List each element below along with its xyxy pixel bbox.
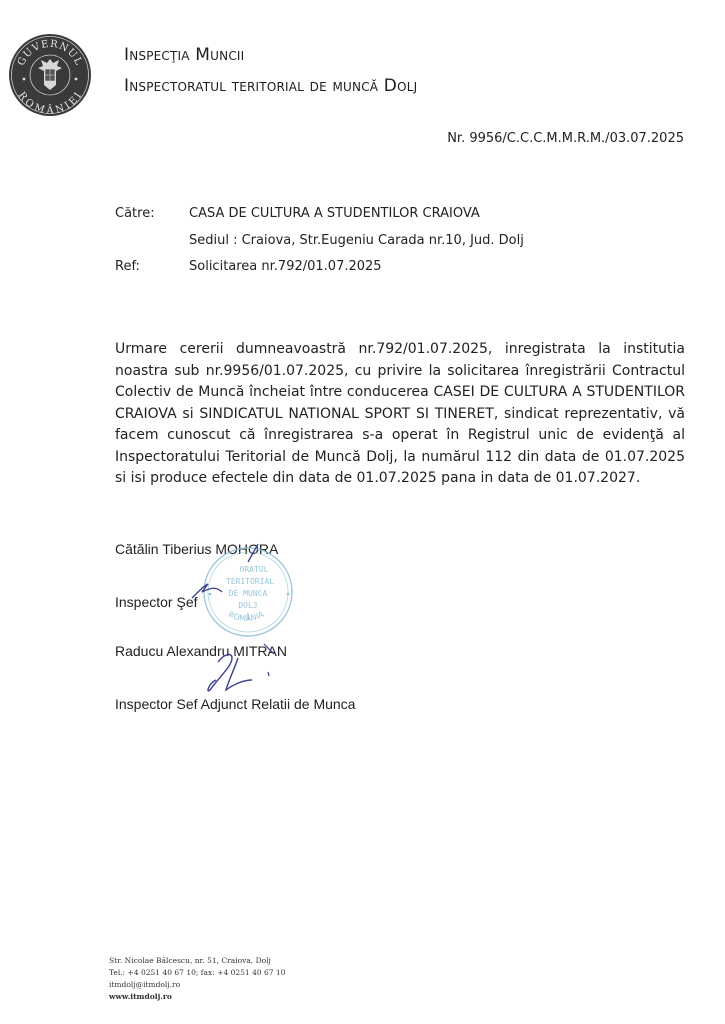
- to-value: CASA DE CULTURA A STUDENTILOR CRAIOVA: [189, 206, 480, 221]
- svg-text:ROMÂNIA: ROMÂNIA: [227, 610, 266, 623]
- signatory-2-title: Inspector Sef Adjunct Relatii de Munca: [115, 696, 355, 712]
- registration-number: Nr. 9956/C.C.C.M.M.R.M./03.07.2025: [447, 131, 684, 146]
- recipient-address: Sediul : Craiova, Str.Eugeniu Carada nr.…: [189, 233, 524, 248]
- signature-2-mark: [198, 640, 288, 700]
- to-label: Către:: [115, 206, 155, 221]
- government-seal: GUVERNUL ROMÂNIEI: [8, 33, 92, 117]
- romanian-government-seal-icon: GUVERNUL ROMÂNIEI: [8, 33, 92, 117]
- letter-body: Urmare cererii dumneavoastră nr.792/01.0…: [115, 339, 685, 490]
- institution-name: Inspecţia Muncii: [124, 45, 244, 65]
- footer-email[interactable]: itmdolj@itmdolj.ro: [109, 979, 285, 991]
- footer-contact: Str. Nicolae Bălcescu, nr. 51, Craiova, …: [109, 955, 285, 1003]
- ref-value: Solicitarea nr.792/01.07.2025: [189, 259, 382, 274]
- signature-1-mark: [186, 540, 296, 610]
- ref-label: Ref:: [115, 259, 140, 274]
- footer-phone: Tel.: +4 0251 40 67 10; fax: +4 0251 40 …: [109, 967, 285, 979]
- inspectorate-name: Inspectoratul teritorial de muncă Dolj: [124, 76, 417, 96]
- footer-address: Str. Nicolae Bălcescu, nr. 51, Craiova, …: [109, 955, 285, 967]
- footer-website[interactable]: www.itmdolj.ro: [109, 991, 285, 1003]
